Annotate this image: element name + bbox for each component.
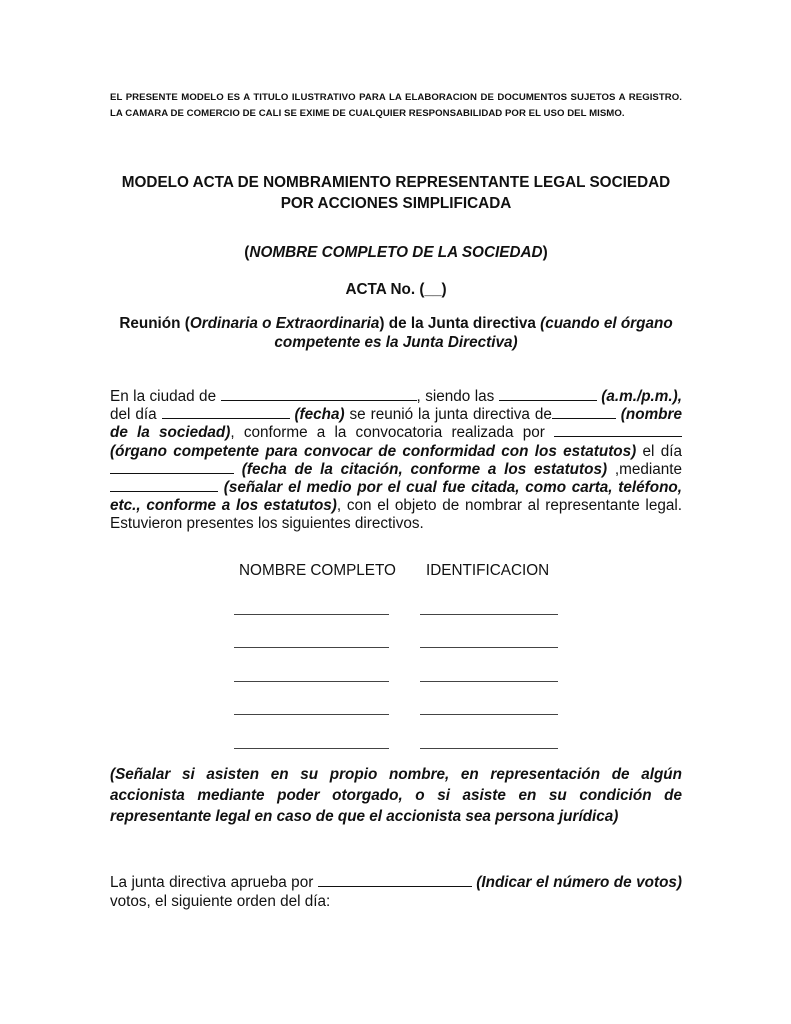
column-header-id: IDENTIFICACION	[426, 562, 549, 580]
citation-date-blank[interactable]	[110, 462, 234, 474]
text: votos, el siguiente orden del día:	[110, 893, 330, 910]
document-title: MODELO ACTA DE NOMBRAMIENTO REPRESENTANT…	[110, 172, 682, 214]
organ-note: (órgano competente para convocar de conf…	[110, 443, 636, 460]
name-blank-line[interactable]	[234, 748, 389, 749]
agenda-approval-paragraph: La junta directiva aprueba por (Indicar …	[110, 873, 682, 911]
acta-number: ACTA No. (__)	[110, 281, 682, 299]
id-blank-line[interactable]	[420, 748, 558, 749]
medium-blank[interactable]	[110, 480, 218, 492]
id-blank-line[interactable]	[420, 614, 558, 615]
name-blank-line[interactable]	[234, 714, 389, 715]
disclaimer: EL PRESENTE MODELO ES A TITULO ILUSTRATI…	[110, 90, 682, 122]
text: La junta directiva aprueba por	[110, 874, 318, 891]
society-name-placeholder: (NOMBRE COMPLETO DE LA SOCIEDAD)	[110, 244, 682, 262]
text: En la ciudad de	[110, 388, 221, 405]
text: del día	[110, 406, 162, 423]
id-blank-line[interactable]	[420, 714, 558, 715]
organ-blank[interactable]	[554, 425, 682, 437]
votes-note: (Indicar el número de votos)	[476, 874, 682, 891]
fecha-note: (fecha)	[294, 406, 344, 423]
text: el día	[636, 443, 682, 460]
column-header-name: NOMBRE COMPLETO	[239, 562, 396, 580]
name-blank-line[interactable]	[234, 614, 389, 615]
time-blank[interactable]	[499, 389, 597, 401]
meeting-middle: ) de la Junta directiva	[379, 315, 540, 332]
date-blank[interactable]	[162, 407, 290, 419]
citation-date-note: (fecha de la citación, conforme a los es…	[242, 461, 607, 478]
text: ,mediante	[607, 461, 682, 478]
ampm-note: (a.m./p.m.),	[601, 388, 682, 405]
text: se reunió la junta directiva de	[345, 406, 552, 423]
id-blank-line[interactable]	[420, 647, 558, 648]
title-line-1: MODELO ACTA DE NOMBRAMIENTO REPRESENTANT…	[110, 172, 682, 193]
meeting-prefix: Reunión (	[119, 315, 190, 332]
meeting-note-1: (cuando el órgano	[540, 315, 673, 332]
attendance-note: (Señalar si asisten en su propio nombre,…	[110, 764, 682, 827]
meeting-type-options: Ordinaria o Extraordinaria	[190, 315, 380, 332]
city-blank[interactable]	[221, 389, 417, 401]
society-name: NOMBRE COMPLETO DE LA SOCIEDAD	[249, 244, 542, 261]
name-blank-line[interactable]	[234, 647, 389, 648]
id-blank-line[interactable]	[420, 681, 558, 682]
title-line-2: POR ACCIONES SIMPLIFICADA	[110, 193, 682, 214]
meeting-type: Reunión (Ordinaria o Extraordinaria) de …	[110, 314, 682, 352]
text: , siendo las	[417, 388, 499, 405]
votes-blank[interactable]	[318, 875, 472, 887]
text: , conforme a la convocatoria realizada p…	[230, 424, 554, 441]
meeting-paragraph: En la ciudad de , siendo las (a.m./p.m.)…	[110, 388, 682, 534]
society-blank[interactable]	[552, 407, 616, 419]
name-blank-line[interactable]	[234, 681, 389, 682]
meeting-note-2: competente es la Junta Directiva)	[110, 333, 682, 352]
paren-close: )	[543, 244, 548, 261]
